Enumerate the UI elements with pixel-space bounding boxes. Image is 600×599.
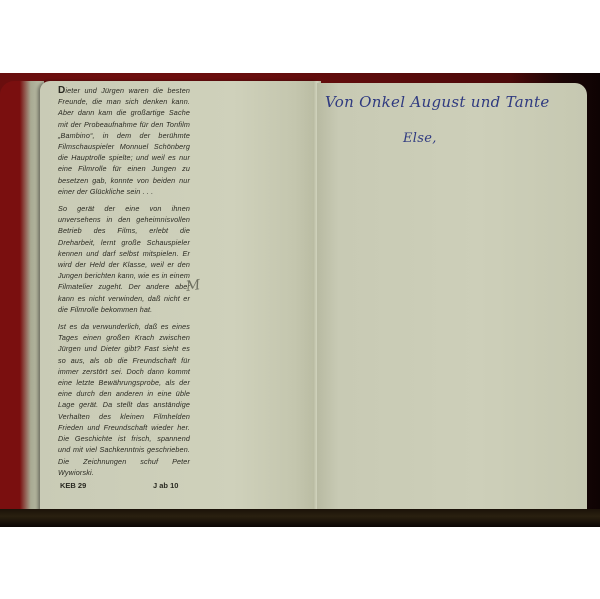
age-rating: J ab 10 (153, 481, 178, 490)
handwritten-inscription-signature: Else, (403, 131, 437, 146)
blurb-paragraph: Ist es da verwunderlich, daß es eines Ta… (58, 321, 190, 478)
series-code: KEB 29 (60, 481, 86, 490)
book-photo: Dieter und Jürgen waren die besten Freun… (0, 73, 600, 527)
book-board-bottom (0, 509, 600, 527)
blurb-text: Dieter und Jürgen waren die besten Freun… (58, 85, 190, 484)
handwritten-inscription: Von Onkel August und Tante (325, 93, 550, 111)
left-endpaper: Dieter und Jürgen waren die besten Freun… (40, 81, 317, 517)
blurb-paragraph: So gerät der eine von ihnen unversehens … (58, 203, 190, 315)
blurb-paragraph: Dieter und Jürgen waren die besten Freun… (58, 85, 190, 197)
right-flyleaf: Von Onkel August und Tante Else, (317, 83, 587, 515)
pencil-mark: M (185, 277, 201, 295)
book-cover-edge (0, 81, 44, 517)
